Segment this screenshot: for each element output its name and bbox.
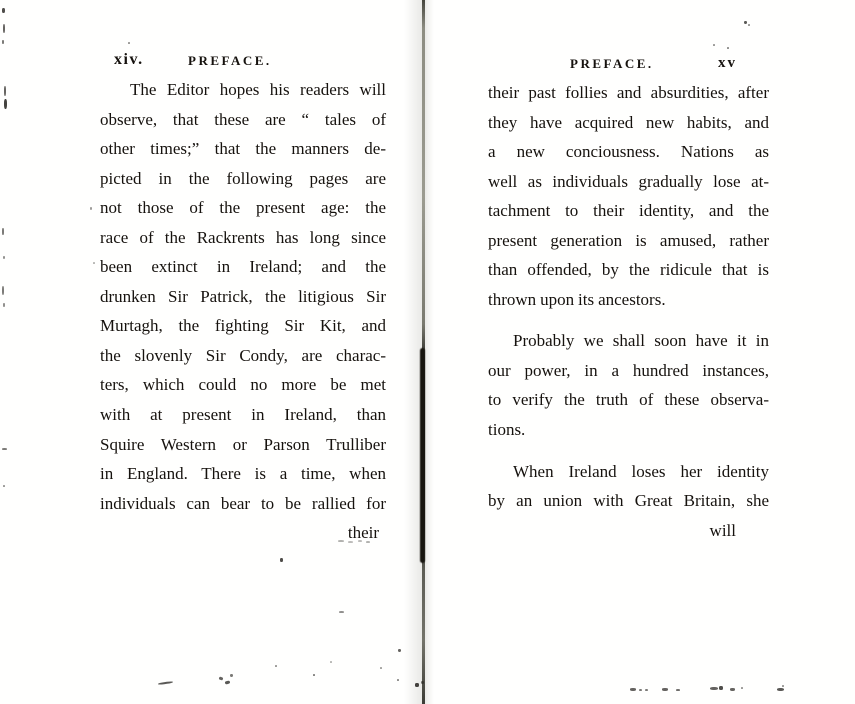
text-line: Probably we shall soon have it in [488, 326, 769, 356]
scan-speck [358, 540, 362, 542]
text-line: their past follies and absurdities, afte… [488, 78, 769, 108]
scan-speck [366, 541, 370, 543]
text-line: When Ireland loses her identity [488, 457, 769, 487]
scan-speck [128, 42, 130, 44]
scan-speck [4, 86, 6, 96]
scan-speck [748, 24, 750, 26]
scan-speck [330, 661, 332, 663]
text-line: well as individuals gradually lose at- [488, 167, 769, 197]
text-line: Squire Western or Parson Trulliber [100, 430, 386, 460]
scan-speck [2, 8, 5, 13]
paragraph: The Editor hopes his readers will observ… [100, 75, 386, 548]
scan-speck [275, 665, 277, 667]
text-line: in England. There is a time, when [100, 459, 386, 489]
text-line: observe, that these are “ tales of [100, 105, 386, 135]
text-line: not those of the present age: the [100, 193, 386, 223]
page-number-right: xv [718, 55, 737, 72]
scan-speck [4, 99, 7, 109]
scan-speck [380, 667, 382, 669]
text-line: they have acquired new habits, and [488, 108, 769, 138]
scan-speck [93, 262, 95, 264]
text-line: been extinct in Ireland; and the [100, 252, 386, 282]
text-line: other times;” that the manners de- [100, 134, 386, 164]
text-line: tachment to their identity, and the [488, 196, 769, 226]
text-line: the slovenly Sir Condy, are charac- [100, 341, 386, 371]
text-line: tions. [488, 415, 769, 445]
scan-speck [313, 674, 315, 676]
scan-speck [3, 256, 5, 259]
text-line: a new conciousness. Nations as [488, 137, 769, 167]
running-title-right: PREFACE. [570, 56, 654, 72]
scan-speck [730, 688, 735, 691]
text-line: drunken Sir Patrick, the litigious Sir [100, 282, 386, 312]
scan-speck [398, 649, 401, 652]
scan-speck [777, 688, 784, 691]
scan-speck [719, 686, 723, 690]
scan-speck [630, 688, 636, 691]
scan-speck [339, 611, 344, 613]
scan-speck [3, 485, 5, 487]
scanned-book-spread: { "colors": { "ink": "#16120e", "paper":… [0, 0, 855, 704]
right-page: PREFACE. xv their past follies and absur… [427, 0, 855, 704]
scan-speck [741, 687, 743, 689]
page-number-left: xiv. [114, 51, 144, 69]
scan-speck [2, 228, 4, 235]
scan-speck [2, 40, 4, 44]
scan-speck [2, 286, 4, 295]
text-line: The Editor hopes his readers will [100, 75, 386, 105]
text-line: than offended, by the ridicule that is [488, 255, 769, 285]
scan-speck [710, 687, 718, 690]
gutter-shadow [425, 0, 434, 704]
text-line: thrown upon its ancestors. [488, 285, 769, 315]
text-line: race of the Rackrents has long since [100, 223, 386, 253]
text-line: to verify the truth of these observa- [488, 385, 769, 415]
text-line: ters, which could no more be met [100, 370, 386, 400]
left-page-text-block: The Editor hopes his readers will observ… [100, 75, 386, 548]
scan-speck [415, 683, 419, 687]
text-line: by an union with Great Britain, she [488, 486, 769, 516]
scan-speck [90, 207, 92, 210]
scan-speck [727, 47, 729, 49]
scan-speck [230, 674, 233, 677]
scan-speck [397, 679, 399, 681]
catchword-left: their [100, 518, 386, 548]
text-line: our power, in a hundred instances, [488, 356, 769, 386]
scan-speck [713, 44, 715, 46]
scan-speck [744, 21, 747, 24]
paragraph: their past follies and absurdities, afte… [488, 78, 769, 314]
text-line: picted in the following pages are [100, 164, 386, 194]
scan-speck [639, 689, 642, 691]
scan-speck [3, 303, 5, 307]
scan-speck [662, 688, 668, 691]
scan-speck [2, 448, 7, 450]
text-line: with at present in Ireland, than [100, 400, 386, 430]
scan-speck [338, 540, 344, 542]
paragraph: When Ireland loses her identity by an un… [488, 457, 769, 546]
left-page: xiv. PREFACE. The Editor hopes his reade… [0, 0, 422, 704]
right-page-text-block: their past follies and absurdities, afte… [488, 78, 769, 545]
text-line: present generation is amused, rather [488, 226, 769, 256]
catchword-right: will [488, 516, 769, 546]
running-title-left: PREFACE. [188, 53, 272, 69]
scan-speck [782, 685, 784, 687]
text-line: individuals can bear to be rallied for [100, 489, 386, 519]
paragraph: Probably we shall soon have it in our po… [488, 326, 769, 444]
scan-speck [421, 681, 424, 684]
scan-speck [348, 541, 353, 543]
text-line: Murtagh, the fighting Sir Kit, and [100, 311, 386, 341]
scan-speck [3, 24, 5, 33]
scan-speck [280, 558, 283, 562]
scan-speck [676, 689, 680, 691]
scan-speck [645, 689, 648, 691]
